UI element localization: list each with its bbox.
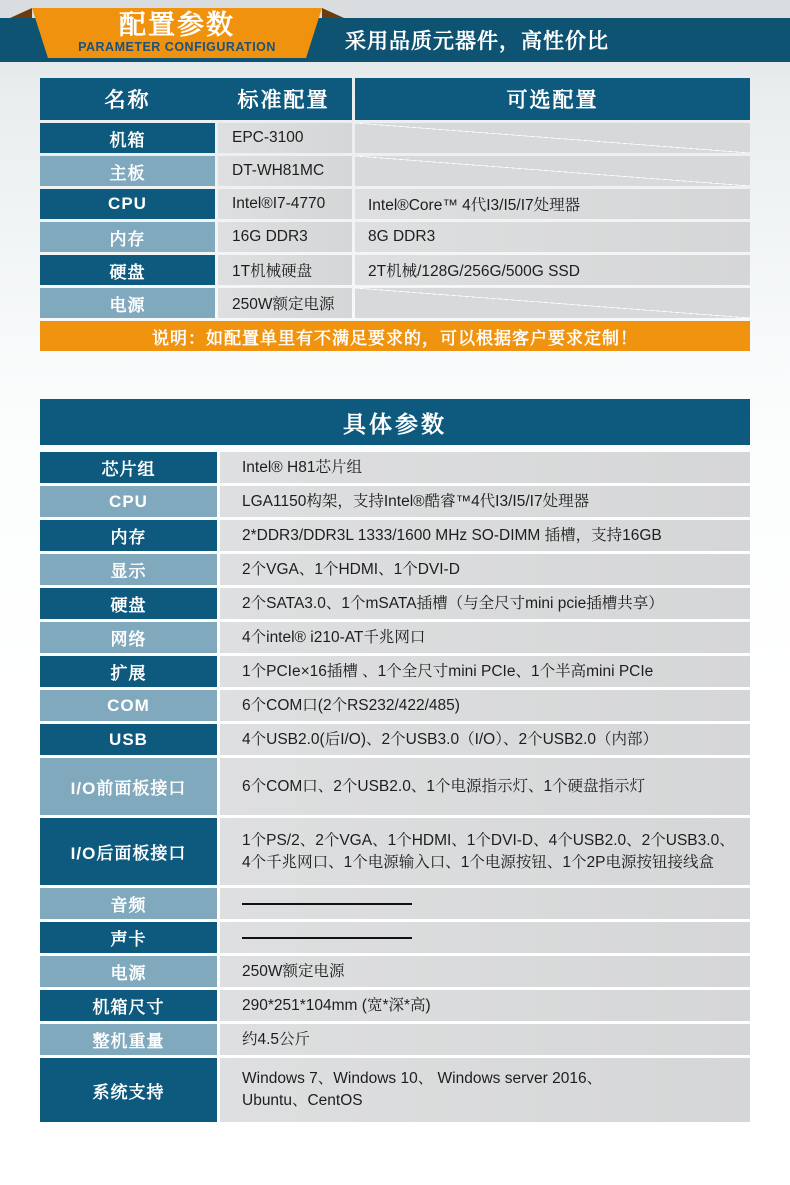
spec-row-value: 1个PS/2、2个VGA、1个HDMI、1个DVI-D、4个USB2.0、2个U… (220, 818, 750, 885)
table-row: 硬盘1T机械硬盘2T机械/128G/256G/500G SSD (40, 255, 750, 285)
table-row: 机箱EPC-3100 (40, 123, 750, 153)
spec-row-value (220, 888, 750, 919)
optional-config-cell: 2T机械/128G/256G/500G SSD (355, 255, 750, 285)
spec-row-value: 4个USB2.0(后I/O)、2个USB3.0（I/O）、2个USB2.0（内部… (220, 724, 750, 755)
spec-row-value (220, 922, 750, 953)
spec-row-label: 硬盘 (40, 588, 217, 619)
spec-row: COM6个COM口(2个RS232/422/485) (40, 690, 750, 721)
note-row: 说明：如配置单里有不满足要求的，可以根据客户要求定制！ (40, 321, 750, 351)
spec-row-value: Windows 7、Windows 10、 Windows server 201… (220, 1058, 750, 1122)
spec-row-label: I/O后面板接口 (40, 818, 217, 885)
dash-line (242, 937, 412, 939)
spec-row-label: 音频 (40, 888, 217, 919)
optional-config-cell (355, 156, 750, 186)
ribbon-fold-left (10, 8, 32, 18)
spec-row-label: CPU (40, 486, 217, 517)
spec-row: I/O后面板接口1个PS/2、2个VGA、1个HDMI、1个DVI-D、4个US… (40, 818, 750, 885)
header-cell-optional: 可选配置 (355, 78, 750, 120)
spec-row-value: 290*251*104mm (宽*深*高) (220, 990, 750, 1021)
spec-row: 电源250W额定电源 (40, 956, 750, 987)
table-row: 内存16G DDR38G DDR3 (40, 222, 750, 252)
config-header-main: 名称 标准配置 (40, 78, 352, 120)
spec-row: 系统支持Windows 7、Windows 10、 Windows server… (40, 1058, 750, 1122)
dash-line (242, 903, 412, 905)
spec-row-value: Intel® H81芯片组 (220, 452, 750, 483)
spec-row-label: 系统支持 (40, 1058, 217, 1122)
config-table-header: 名称 标准配置 可选配置 (40, 78, 750, 120)
ribbon-subtitle: PARAMETER CONFIGURATION (32, 40, 322, 54)
spec-row-label: 内存 (40, 520, 217, 551)
spec-row: USB4个USB2.0(后I/O)、2个USB3.0（I/O）、2个USB2.0… (40, 724, 750, 755)
spec-row: I/O前面板接口6个COM口、2个USB2.0、1个电源指示灯、1个硬盘指示灯 (40, 758, 750, 815)
spec-row-label: 声卡 (40, 922, 217, 953)
spec-row-label: USB (40, 724, 217, 755)
header-cell-standard: 标准配置 (215, 78, 352, 120)
row-label: CPU (40, 189, 215, 219)
spec-row-label: 机箱尺寸 (40, 990, 217, 1021)
row-label: 主板 (40, 156, 215, 186)
spec-row-label: 电源 (40, 956, 217, 987)
spec-row-value: 约4.5公斤 (220, 1024, 750, 1055)
detail-table-body: 芯片组Intel® H81芯片组CPULGA1150构架，支持Intel®酷睿™… (40, 452, 750, 1122)
spec-row-label: COM (40, 690, 217, 721)
spec-row-value: LGA1150构架，支持Intel®酷睿™4代I3/I5/I7处理器 (220, 486, 750, 517)
standard-config-cell: Intel®I7-4770 (218, 189, 352, 219)
spec-row-label: 网络 (40, 622, 217, 653)
config-table: 名称 标准配置 可选配置 机箱EPC-3100主板DT-WH81MCCPUInt… (40, 78, 750, 351)
spec-row-label: 扩展 (40, 656, 217, 687)
standard-config-cell: EPC-3100 (218, 123, 352, 153)
spec-row: 显示2个VGA、1个HDMI、1个DVI-D (40, 554, 750, 585)
spec-row: 扩展1个PCIe×16插槽 、1个全尺寸mini PCIe、1个半高mini P… (40, 656, 750, 687)
ribbon-title: 配置参数 (32, 10, 322, 40)
detail-table: 具体参数 芯片组Intel® H81芯片组CPULGA1150构架，支持Inte… (40, 399, 750, 1122)
spec-row-value: 2个SATA3.0、1个mSATA插槽（与全尺寸mini pcie插槽共享） (220, 588, 750, 619)
optional-config-cell (355, 288, 750, 318)
ribbon: 配置参数 PARAMETER CONFIGURATION (10, 8, 344, 58)
spec-row: 声卡 (40, 922, 750, 953)
header-cell-name: 名称 (40, 78, 215, 120)
row-label: 硬盘 (40, 255, 215, 285)
standard-config-cell: 16G DDR3 (218, 222, 352, 252)
content: 名称 标准配置 可选配置 机箱EPC-3100主板DT-WH81MCCPUInt… (0, 62, 790, 1122)
row-label: 内存 (40, 222, 215, 252)
spec-row-value: 6个COM口、2个USB2.0、1个电源指示灯、1个硬盘指示灯 (220, 758, 750, 815)
header-banner: 采用品质元器件，高性价比 配置参数 PARAMETER CONFIGURATIO… (0, 18, 790, 62)
optional-config-cell (355, 123, 750, 153)
spec-row: CPULGA1150构架，支持Intel®酷睿™4代I3/I5/I7处理器 (40, 486, 750, 517)
spec-row: 芯片组Intel® H81芯片组 (40, 452, 750, 483)
spec-row-label: 芯片组 (40, 452, 217, 483)
optional-config-cell: 8G DDR3 (355, 222, 750, 252)
spec-row-value: 250W额定电源 (220, 956, 750, 987)
ribbon-body: 配置参数 PARAMETER CONFIGURATION (32, 8, 322, 58)
spec-row-value: 4个intel® i210-AT千兆网口 (220, 622, 750, 653)
spec-row-label: 整机重量 (40, 1024, 217, 1055)
spec-row: 机箱尺寸290*251*104mm (宽*深*高) (40, 990, 750, 1021)
standard-config-cell: 1T机械硬盘 (218, 255, 352, 285)
table-row: 电源250W额定电源 (40, 288, 750, 318)
row-label: 机箱 (40, 123, 215, 153)
standard-config-cell: 250W额定电源 (218, 288, 352, 318)
spec-row-value: 2*DDR3/DDR3L 1333/1600 MHz SO-DIMM 插槽，支持… (220, 520, 750, 551)
spec-row-label: 显示 (40, 554, 217, 585)
spec-row: 整机重量约4.5公斤 (40, 1024, 750, 1055)
row-label: 电源 (40, 288, 215, 318)
detail-table-title: 具体参数 (40, 399, 750, 445)
spec-row-label: I/O前面板接口 (40, 758, 217, 815)
config-table-body: 机箱EPC-3100主板DT-WH81MCCPUIntel®I7-4770Int… (40, 123, 750, 318)
ribbon-fold-right (322, 8, 344, 18)
banner-text: 采用品质元器件，高性价比 (345, 25, 609, 55)
table-row: CPUIntel®I7-4770Intel®Core™ 4代I3/I5/I7处理… (40, 189, 750, 219)
spec-row: 网络4个intel® i210-AT千兆网口 (40, 622, 750, 653)
optional-config-cell: Intel®Core™ 4代I3/I5/I7处理器 (355, 189, 750, 219)
spec-row: 音频 (40, 888, 750, 919)
standard-config-cell: DT-WH81MC (218, 156, 352, 186)
page: 采用品质元器件，高性价比 配置参数 PARAMETER CONFIGURATIO… (0, 0, 790, 1185)
spec-row: 内存2*DDR3/DDR3L 1333/1600 MHz SO-DIMM 插槽，… (40, 520, 750, 551)
table-row: 主板DT-WH81MC (40, 156, 750, 186)
spec-row-value: 2个VGA、1个HDMI、1个DVI-D (220, 554, 750, 585)
spec-row-value: 6个COM口(2个RS232/422/485) (220, 690, 750, 721)
spec-row: 硬盘2个SATA3.0、1个mSATA插槽（与全尺寸mini pcie插槽共享） (40, 588, 750, 619)
spec-row-value: 1个PCIe×16插槽 、1个全尺寸mini PCIe、1个半高mini PCI… (220, 656, 750, 687)
